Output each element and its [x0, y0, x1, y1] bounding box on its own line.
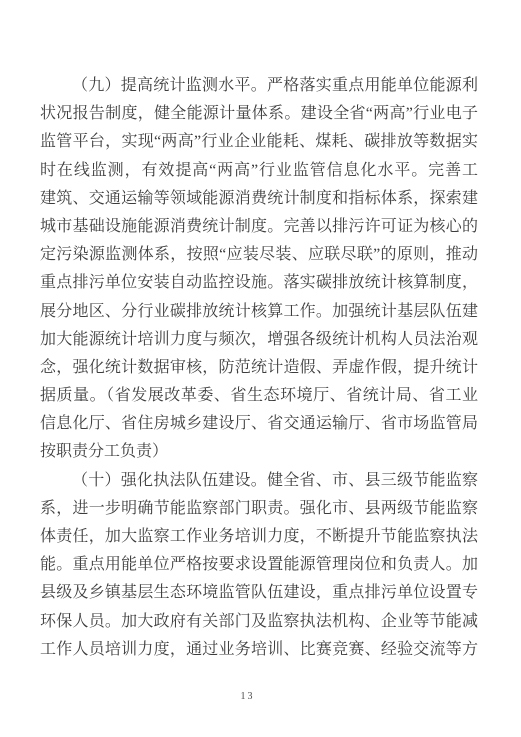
text-line: 县级及乡镇基层生态环境监管队伍建设，重点排污单位设置专职 [40, 579, 478, 607]
text-line: 工作人员培训力度，通过业务培训、比赛竞赛、经验交流等方式 [40, 636, 478, 664]
text-line: 能。重点用能单位严格按要求设置能源管理岗位和负责人。加强 [40, 551, 478, 579]
text-line: 环保人员。加大政府有关部门及监察执法机构、企业等节能减排 [40, 608, 478, 636]
text-line: 系，进一步明确节能监察部门职责。强化市、县两级节能监察主 [40, 495, 478, 523]
text-line: 建筑、交通运输等领域能源消费统计制度和指标体系，探索建立 [40, 185, 478, 213]
text-line: 监管平台，实现“两高”行业企业能耗、煤耗、碳排放等数据实 [40, 128, 478, 156]
text-line: 展分地区、分行业碳排放统计核算工作。加强统计基层队伍建设， [40, 298, 478, 326]
text-line: 定污染源监测体系，按照“应装尽装、应联尽联”的原则，推动 [40, 241, 478, 269]
text-line: 按职责分工负责） [40, 438, 478, 466]
text-line: （九）提高统计监测水平。严格落实重点用能单位能源利用 [40, 72, 478, 100]
page-number: 13 [0, 691, 495, 702]
document-page-body: { "page": { "number": "13", "background"… [0, 0, 521, 737]
text-line: 加大能源统计培训力度与频次，增强各级统计机构人员法治观 [40, 326, 478, 354]
text-line: 城市基础设施能源消费统计制度。完善以排污许可证为核心的固 [40, 213, 478, 241]
text-line: 念，强化统计数据审核，防范统计造假、弄虚作假，提升统计数 [40, 354, 478, 382]
text-line: 据质量。（省发展改革委、省生态环境厅、省统计局、省工业和 [40, 382, 478, 410]
text-line: （十）强化执法队伍建设。健全省、市、县三级节能监察体 [40, 467, 478, 495]
text-line: 时在线监测，有效提高“两高”行业监管信息化水平。完善工业、 [40, 157, 478, 185]
document-text-block: （九）提高统计监测水平。严格落实重点用能单位能源利用状况报告制度，健全能源计量体… [40, 72, 478, 664]
text-line: 体责任，加大监察工作业务培训力度，不断提升节能监察执法效 [40, 523, 478, 551]
text-line: 信息化厅、省住房城乡建设厅、省交通运输厅、省市场监管局等 [40, 410, 478, 438]
document-page: （九）提高统计监测水平。严格落实重点用能单位能源利用状况报告制度，健全能源计量体… [0, 0, 521, 737]
text-line: 重点排污单位安装自动监控设施。落实碳排放统计核算制度，开 [40, 269, 478, 297]
text-line: 状况报告制度，健全能源计量体系。建设全省“两高”行业电子 [40, 100, 478, 128]
